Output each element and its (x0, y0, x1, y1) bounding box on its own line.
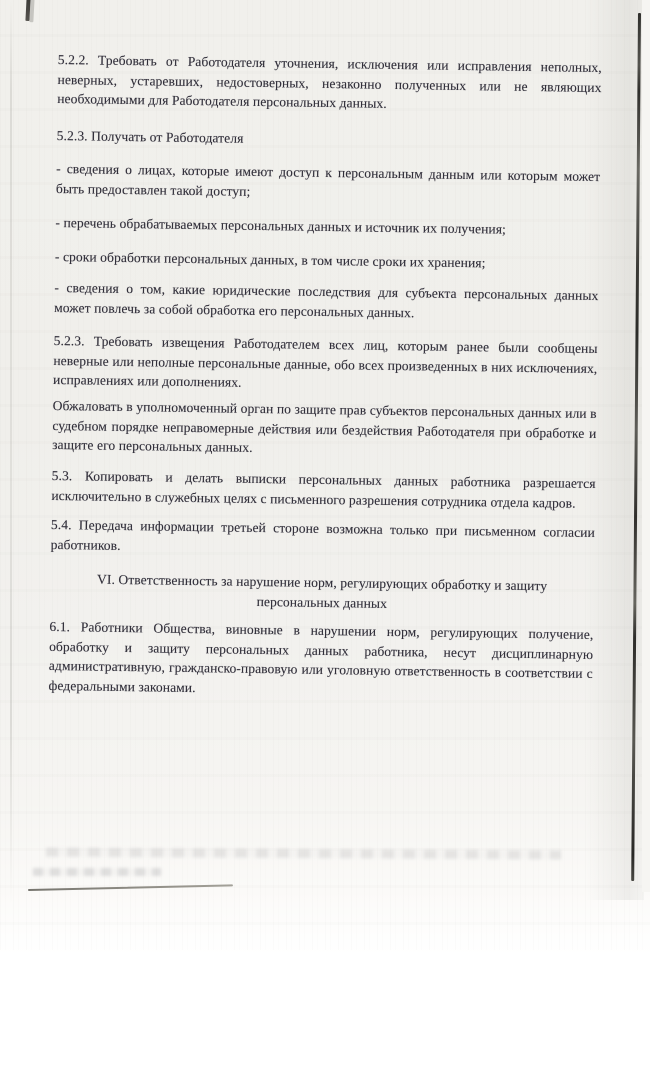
document-body: 5.2.2. Требовать от Работодателя уточнен… (43, 0, 603, 1070)
clause-5-2-3-intro: 5.2.3. Получать от Работодателя (57, 126, 601, 154)
clause-5-2-2: 5.2.2. Требовать от Работодателя уточнен… (57, 50, 602, 117)
section-vi-heading: VI. Ответственность за нарушение норм, р… (50, 569, 595, 616)
list-item-consequences: - сведения о том, какие юридические посл… (54, 278, 599, 325)
clause-appeal: Обжаловать в уполномоченный орган по защ… (52, 396, 597, 463)
clause-5-3: 5.3. Копировать и делать выписки персона… (51, 466, 596, 513)
scanner-background-strip (642, 0, 650, 892)
scanned-page: 5.2.2. Требовать от Работодателя уточнен… (0, 0, 650, 1070)
top-left-pen-mark (25, 0, 30, 21)
list-item-terms: - сроки обработки персональных данных, в… (55, 247, 599, 275)
clause-5-2-3-notification: 5.2.3. Требовать извещения Работодателем… (53, 331, 598, 398)
clause-5-4: 5.4. Передача информации третьей стороне… (51, 515, 596, 562)
list-item-access: - сведения о лицах, которые имеют доступ… (56, 159, 601, 206)
paper-crease-line (10, 0, 12, 905)
list-item-sources: - перечень обрабатываемых персональных д… (55, 213, 599, 241)
clause-6-1: 6.1. Работники Общества, виновные в нару… (48, 617, 593, 703)
scanned-document-viewport: 5.2.2. Требовать от Работодателя уточнен… (0, 0, 650, 1070)
